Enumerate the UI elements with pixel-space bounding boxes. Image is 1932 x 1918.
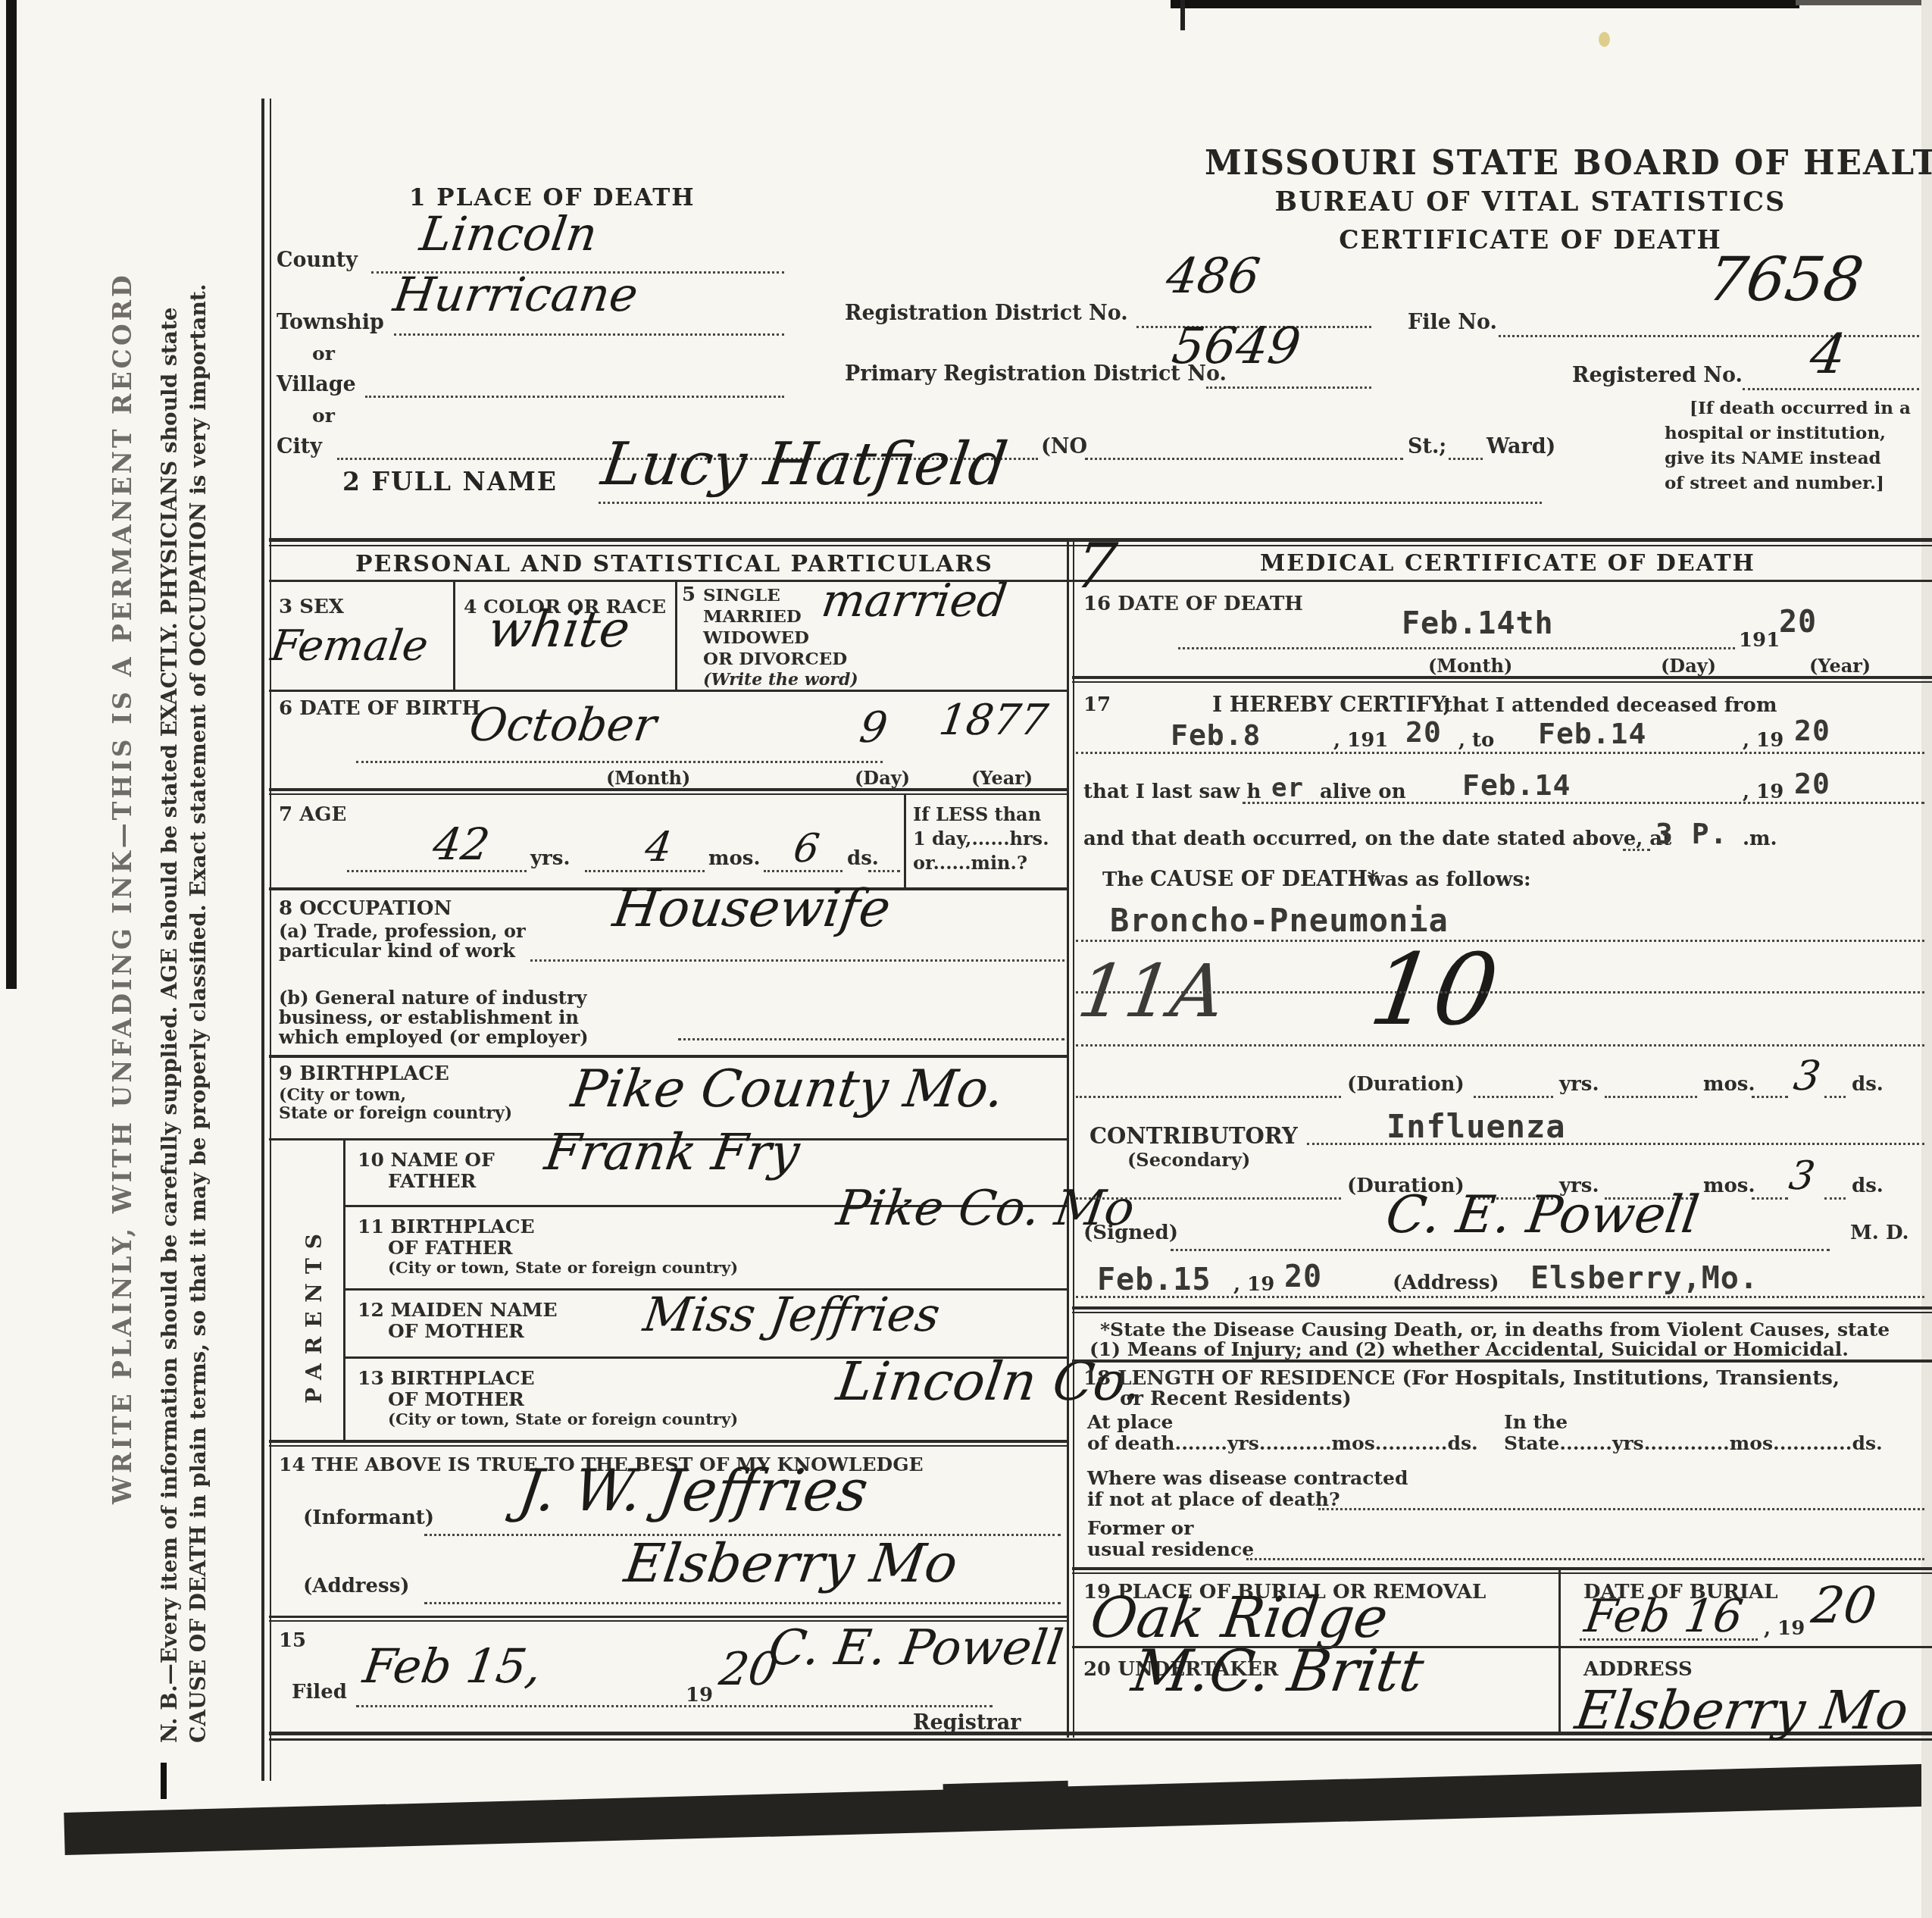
occupation-label: 8 OCCUPATION bbox=[279, 897, 452, 920]
s16-bottom-rule-heavy bbox=[1072, 676, 1932, 679]
margin-nb-line1: N. B.—Every item of information should b… bbox=[155, 283, 184, 1743]
cause-intro-label: CAUSE OF DEATH* bbox=[1150, 866, 1379, 891]
dob-month-hint: (Month) bbox=[606, 767, 690, 789]
contributory-line bbox=[1307, 1143, 1924, 1145]
certify-label: I HEREBY CERTIFY, bbox=[1212, 692, 1451, 717]
duration1-line-seg3 bbox=[1605, 1096, 1697, 1098]
occupation-b1: (b) General nature of industry bbox=[279, 987, 586, 1009]
scan-top-bar-fade bbox=[1796, 0, 1932, 5]
marital-line3: WIDOWED bbox=[703, 627, 809, 648]
marital-line2: MARRIED bbox=[703, 606, 802, 627]
personal-title: PERSONAL AND STATISTICAL PARTICULARS bbox=[303, 551, 1046, 577]
cause-intro-follows: was as follows: bbox=[1368, 868, 1531, 891]
burial-date-value: Feb 16 bbox=[1581, 1590, 1746, 1643]
race-marital-divider bbox=[675, 582, 677, 690]
hospital-note-line2: hospital or institution, bbox=[1665, 423, 1886, 443]
village-line bbox=[365, 396, 784, 398]
registered-no-value: 4 bbox=[1806, 322, 1850, 386]
sex-label: 3 SEX bbox=[279, 596, 344, 618]
dob-line bbox=[356, 761, 883, 763]
occupation-a1: (a) Trade, profession, or bbox=[279, 920, 526, 942]
certify-section-no: 17 bbox=[1083, 693, 1111, 716]
parents-bottom-rule-thin bbox=[269, 1445, 1067, 1447]
occupation-a-line bbox=[530, 959, 1064, 962]
registrar-label: Registrar bbox=[913, 1711, 1021, 1735]
township-value: Hurricane bbox=[390, 267, 642, 322]
burial-year-value: 20 bbox=[1809, 1576, 1880, 1635]
age-less-line2: 1 day,......hrs. bbox=[913, 828, 1049, 849]
duration1-line-seg4 bbox=[1752, 1096, 1788, 1098]
duration2-ds: ds. bbox=[1852, 1175, 1884, 1197]
cause-line3 bbox=[1076, 1044, 1924, 1047]
mother-maiden-label1: 12 MAIDEN NAME bbox=[358, 1299, 558, 1321]
form-left-border-outer bbox=[261, 99, 264, 1781]
residence-instate-line2: State........yrs.............mos........… bbox=[1504, 1432, 1883, 1454]
scan-left-bar bbox=[6, 0, 17, 989]
informant-value: J. W. Jeffries bbox=[514, 1456, 872, 1524]
burial-year-prefix: , 19 bbox=[1764, 1617, 1805, 1640]
mother-birthplace-label2: OF MOTHER bbox=[388, 1388, 524, 1410]
age-line-seg2 bbox=[585, 870, 705, 872]
street-no-label: (NO bbox=[1041, 435, 1087, 458]
age-label: 7 AGE bbox=[279, 803, 346, 826]
age-mos-label: mos. bbox=[708, 847, 761, 870]
occurred-text: and that death occurred, on the date sta… bbox=[1083, 828, 1671, 850]
or-label-1: or bbox=[312, 343, 335, 365]
age-line-seg4 bbox=[868, 870, 900, 872]
hospital-note-line4: of street and number.] bbox=[1665, 473, 1884, 493]
dob-label: 6 DATE OF BIRTH bbox=[279, 697, 480, 720]
date-of-death-label: 16 DATE OF DEATH bbox=[1083, 593, 1303, 615]
marital-no: 5 bbox=[682, 584, 696, 606]
father-name-label2: FATHER bbox=[388, 1170, 476, 1192]
registered-no-label: Registered No. bbox=[1572, 364, 1743, 387]
column-divider-inner bbox=[1073, 538, 1074, 1738]
certify-to-year-prefix: , 19 bbox=[1743, 729, 1784, 752]
certify-from-year-prefix: , 191 bbox=[1333, 729, 1388, 752]
registration-district-value: 486 bbox=[1163, 249, 1264, 305]
signed-address-line bbox=[1076, 1296, 1924, 1298]
date-of-death-value: Feb.14th bbox=[1402, 606, 1554, 641]
primary-district-value: 5649 bbox=[1169, 317, 1305, 375]
hospital-note-line1: [If death occurred in a bbox=[1690, 398, 1911, 418]
duration1-line-seg5 bbox=[1824, 1096, 1846, 1098]
filed-line bbox=[356, 1705, 993, 1707]
certify-from-year-value: 20 bbox=[1405, 715, 1442, 749]
birthplace-value: Pike County Mo. bbox=[567, 1059, 1008, 1119]
margin-permanent-note: WRITE PLAINLY, WITH UNFADING INK—THIS IS… bbox=[108, 272, 137, 1504]
scan-bottom-tick bbox=[161, 1763, 167, 1799]
birthplace-label: 9 BIRTHPLACE bbox=[279, 1062, 449, 1085]
footnote-bottom-rule bbox=[1072, 1359, 1932, 1363]
street-ward-line bbox=[1449, 458, 1483, 460]
date-of-death-year-value: 20 bbox=[1779, 605, 1817, 640]
medical-title: MEDICAL CERTIFICATE OF DEATH bbox=[1136, 550, 1879, 577]
date-of-death-line bbox=[1178, 647, 1735, 649]
birthplace-hint2: State or foreign country) bbox=[279, 1103, 512, 1123]
age-less-line3: or......min.? bbox=[913, 852, 1027, 874]
marital-hint: (Write the word) bbox=[703, 670, 858, 690]
contrib-duration-ds-value: 3 bbox=[1787, 1153, 1818, 1199]
footnote-line1: *State the Disease Causing Death, or, in… bbox=[1100, 1319, 1890, 1341]
contracted-line1: Where was disease contracted bbox=[1087, 1467, 1408, 1489]
signed-md: M. D. bbox=[1850, 1222, 1909, 1244]
s16-bottom-rule-thin bbox=[1072, 681, 1932, 683]
residence-bottom-rule-heavy bbox=[1072, 1567, 1932, 1570]
scan-yellow-dot bbox=[1599, 32, 1610, 47]
registration-district-label: Registration District No. bbox=[845, 302, 1128, 325]
date-of-death-year-prefix: 191 bbox=[1739, 629, 1780, 652]
file-no-label: File No. bbox=[1408, 311, 1497, 334]
dob-bottom-rule-heavy bbox=[269, 788, 1067, 791]
marital-line1: SINGLE bbox=[703, 585, 780, 605]
cause-duration-ds-value: 3 bbox=[1791, 1052, 1824, 1100]
duration1-label: (Duration) bbox=[1347, 1073, 1465, 1096]
birthplace-hint1: (City or town, bbox=[279, 1085, 406, 1105]
occupation-b-line bbox=[678, 1038, 1064, 1040]
dob-bottom-rule-thin bbox=[269, 793, 1067, 795]
duration2-mos: mos. bbox=[1703, 1175, 1755, 1197]
occurred-dots bbox=[1623, 849, 1650, 851]
dob-day-value: 9 bbox=[856, 703, 890, 752]
undertaker-address-value: Elsberry Mo bbox=[1571, 1679, 1912, 1741]
residence-label-line2: or Recent Residents) bbox=[1120, 1388, 1352, 1410]
mother-birthplace-label1: 13 BIRTHPLACE bbox=[358, 1367, 535, 1389]
former-residence-dots bbox=[1246, 1558, 1924, 1560]
county-label: County bbox=[277, 249, 358, 272]
parents-bottom-rule-heavy bbox=[269, 1440, 1067, 1443]
filed-date-value: Feb 15, bbox=[360, 1638, 546, 1694]
cause-handwriting-10: 10 bbox=[1363, 932, 1505, 1047]
age-line-seg1 bbox=[347, 870, 527, 872]
informant-label: (Informant) bbox=[303, 1507, 434, 1529]
sex-value: Female bbox=[267, 621, 431, 671]
father-name-value: Frank Fry bbox=[542, 1123, 804, 1181]
occupation-a2: particular kind of work bbox=[279, 940, 515, 962]
saw-typed: er bbox=[1271, 773, 1304, 803]
contributory-hint: (Secondary) bbox=[1127, 1149, 1250, 1171]
township-label: Township bbox=[277, 311, 384, 334]
city-label: City bbox=[277, 435, 322, 458]
saw-line bbox=[1243, 802, 1924, 804]
signed-address-value: Elsberry,Mo. bbox=[1530, 1261, 1758, 1296]
hospital-note-line3: give its NAME instead bbox=[1665, 448, 1881, 468]
date-of-death-day-hint: (Day) bbox=[1661, 655, 1716, 677]
parents-label: PARENTS bbox=[302, 1225, 327, 1403]
signed-year-prefix: , 19 bbox=[1233, 1273, 1274, 1296]
street-st-label: St.; bbox=[1408, 435, 1446, 458]
margin-nb-note: N. B.—Every item of information should b… bbox=[155, 283, 213, 1743]
cause-intro-the: The bbox=[1102, 868, 1144, 891]
board-title: MISSOURI STATE BOARD OF HEALTH bbox=[1205, 144, 1856, 183]
contributory-value: Influenza bbox=[1386, 1108, 1566, 1145]
filed-signature: C. E. Powell bbox=[765, 1620, 1067, 1676]
signed-address-label: (Address) bbox=[1393, 1272, 1499, 1294]
date-of-death-year-hint: (Year) bbox=[1809, 655, 1871, 677]
township-line bbox=[394, 333, 784, 336]
scan-right-edge bbox=[1921, 0, 1932, 1918]
saw-value: Feb.14 bbox=[1462, 768, 1571, 802]
occupation-bottom-rule bbox=[269, 1055, 1067, 1058]
scan-bottom-bar-bump bbox=[943, 1781, 1069, 1810]
signed-date-value: Feb.15 bbox=[1097, 1263, 1211, 1297]
informant-address-label: (Address) bbox=[303, 1575, 410, 1597]
file-no-line bbox=[1499, 335, 1919, 337]
age-ds-label: ds. bbox=[847, 847, 879, 870]
occupation-b2: business, or establishment in bbox=[279, 1006, 579, 1028]
duration2-line-seg5 bbox=[1824, 1197, 1846, 1200]
age-less-line1: If LESS than bbox=[913, 803, 1041, 825]
informant-address-line bbox=[424, 1602, 1061, 1604]
residence-bottom-rule-thin bbox=[1072, 1572, 1932, 1574]
primary-district-line bbox=[1206, 386, 1371, 389]
signed-label: (Signed) bbox=[1083, 1222, 1178, 1244]
column-divider-outer bbox=[1067, 538, 1069, 1738]
date-of-death-month-hint: (Month) bbox=[1428, 655, 1512, 677]
residence-instate-line1: In the bbox=[1504, 1411, 1568, 1433]
former-residence-line1: Former or bbox=[1087, 1517, 1193, 1539]
mother-birthplace-hint: (City or town, State or foreign country) bbox=[388, 1410, 738, 1428]
informant-address-value: Elsberry Mo bbox=[621, 1532, 961, 1594]
filed-label: Filed bbox=[292, 1681, 347, 1704]
occupation-b3: which employed (or employer) bbox=[279, 1026, 589, 1048]
file-no-value: 7658 bbox=[1703, 244, 1868, 314]
county-value: Lincoln bbox=[417, 206, 601, 261]
duration2-line-seg1 bbox=[1076, 1197, 1341, 1200]
signed-year-value: 20 bbox=[1284, 1259, 1322, 1294]
saw-year-prefix: , 19 bbox=[1743, 781, 1784, 803]
father-birthplace-hint: (City or town, State or foreign country) bbox=[388, 1258, 738, 1277]
signed-line bbox=[1171, 1249, 1830, 1251]
signed-bottom-rule-thin bbox=[1072, 1312, 1932, 1313]
age-mos-value: 4 bbox=[642, 823, 675, 871]
signed-signature: C. E. Powell bbox=[1382, 1185, 1702, 1245]
dob-year-value: 1877 bbox=[936, 696, 1051, 745]
sex-race-divider bbox=[453, 582, 455, 690]
fullname-line bbox=[599, 502, 1542, 504]
saw-year-value: 20 bbox=[1794, 767, 1830, 800]
contracted-line-dots bbox=[1318, 1508, 1924, 1510]
age-yrs-label: yrs. bbox=[530, 847, 571, 870]
duration1-line-seg1 bbox=[1076, 1096, 1341, 1098]
village-label: Village bbox=[277, 373, 356, 396]
duration2-line-seg4 bbox=[1752, 1197, 1788, 1200]
age-yrs-value: 42 bbox=[430, 818, 492, 870]
residence-label-line1: 18 LENGTH OF RESIDENCE (For Hospitals, I… bbox=[1083, 1367, 1840, 1390]
duration1-line-seg2 bbox=[1474, 1096, 1553, 1098]
dob-year-hint: (Year) bbox=[971, 767, 1033, 789]
scan-top-tick bbox=[1180, 0, 1185, 30]
certify-attended: that I attended deceased from bbox=[1443, 694, 1777, 717]
street-no-line bbox=[1085, 458, 1403, 460]
scan-bottom-bar bbox=[64, 1763, 1932, 1855]
fullname-value: Lucy Hatfield bbox=[598, 430, 1011, 499]
occupation-value: Housewife bbox=[609, 879, 894, 939]
or-label-2: or bbox=[312, 405, 335, 427]
dob-month-value: October bbox=[466, 699, 659, 752]
residence-atplace-line1: At place bbox=[1087, 1411, 1174, 1433]
sex-row-bottom-rule bbox=[269, 690, 1067, 692]
occurred-time-value: 3 P. bbox=[1655, 817, 1728, 850]
certify-from-value: Feb.8 bbox=[1171, 718, 1261, 752]
residence-atplace-line2: of death........yrs...........mos.......… bbox=[1087, 1432, 1478, 1454]
duration1-yrs: yrs. bbox=[1559, 1073, 1599, 1096]
father-birthplace-label1: 11 BIRTHPLACE bbox=[358, 1216, 535, 1237]
undertaker-address-label: ADDRESS bbox=[1583, 1658, 1693, 1681]
mother-maiden-value: Miss Jeffries bbox=[640, 1287, 943, 1342]
street-ward-label: Ward) bbox=[1487, 435, 1555, 458]
former-residence-line2: usual residence bbox=[1087, 1538, 1254, 1560]
filed-section-no: 15 bbox=[279, 1629, 306, 1652]
duration1-ds: ds. bbox=[1852, 1073, 1884, 1096]
fullname-label: 2 FULL NAME bbox=[342, 467, 558, 496]
certify-to-year-value: 20 bbox=[1794, 714, 1830, 747]
father-name-label1: 10 NAME OF bbox=[358, 1149, 495, 1171]
burial-column-divider bbox=[1558, 1567, 1561, 1732]
dob-day-hint: (Day) bbox=[855, 767, 910, 789]
marital-value: married bbox=[818, 574, 1010, 627]
certify-from-line bbox=[1076, 752, 1924, 754]
form-left-border-inner bbox=[270, 99, 271, 1781]
informant-bottom-rule-heavy bbox=[269, 1616, 1067, 1618]
filed-year-prefix: 19 bbox=[686, 1684, 713, 1707]
saw-text1: that I last saw h bbox=[1083, 781, 1261, 803]
contracted-line2: if not at place of death? bbox=[1087, 1488, 1340, 1510]
certify-to-value: Feb.14 bbox=[1538, 717, 1646, 750]
burial-date-line bbox=[1580, 1638, 1758, 1641]
mother-maiden-label2: OF MOTHER bbox=[388, 1320, 524, 1342]
scan-top-bar bbox=[1171, 0, 1799, 8]
age-box-divider bbox=[904, 795, 906, 887]
age-line-seg3 bbox=[764, 870, 843, 872]
saw-text2: alive on bbox=[1320, 781, 1406, 803]
registered-no-line bbox=[1743, 388, 1919, 390]
undertaker-value: M.C. Britt bbox=[1128, 1637, 1428, 1704]
race-value: white bbox=[485, 600, 634, 659]
marital-line4: OR DIVORCED bbox=[703, 649, 847, 669]
margin-nb-line2: CAUSE OF DEATH in plain terms, so that i… bbox=[184, 283, 213, 1743]
contributory-label: CONTRIBUTORY bbox=[1089, 1123, 1298, 1149]
certify-to-word: , to bbox=[1458, 729, 1494, 752]
footnote-line2: (1) Means of Injury; and (2) whether Acc… bbox=[1089, 1338, 1849, 1360]
father-birthplace-label2: OF FATHER bbox=[388, 1237, 513, 1259]
bureau-title: BUREAU OF VITAL STATISTICS bbox=[1205, 186, 1856, 217]
duration1-mos: mos. bbox=[1703, 1073, 1755, 1096]
cause-line2 bbox=[1076, 991, 1924, 993]
age-ds-value: 6 bbox=[791, 826, 823, 871]
signed-bottom-rule-heavy bbox=[1072, 1306, 1932, 1309]
occurred-time-suffix: .m. bbox=[1743, 828, 1777, 850]
